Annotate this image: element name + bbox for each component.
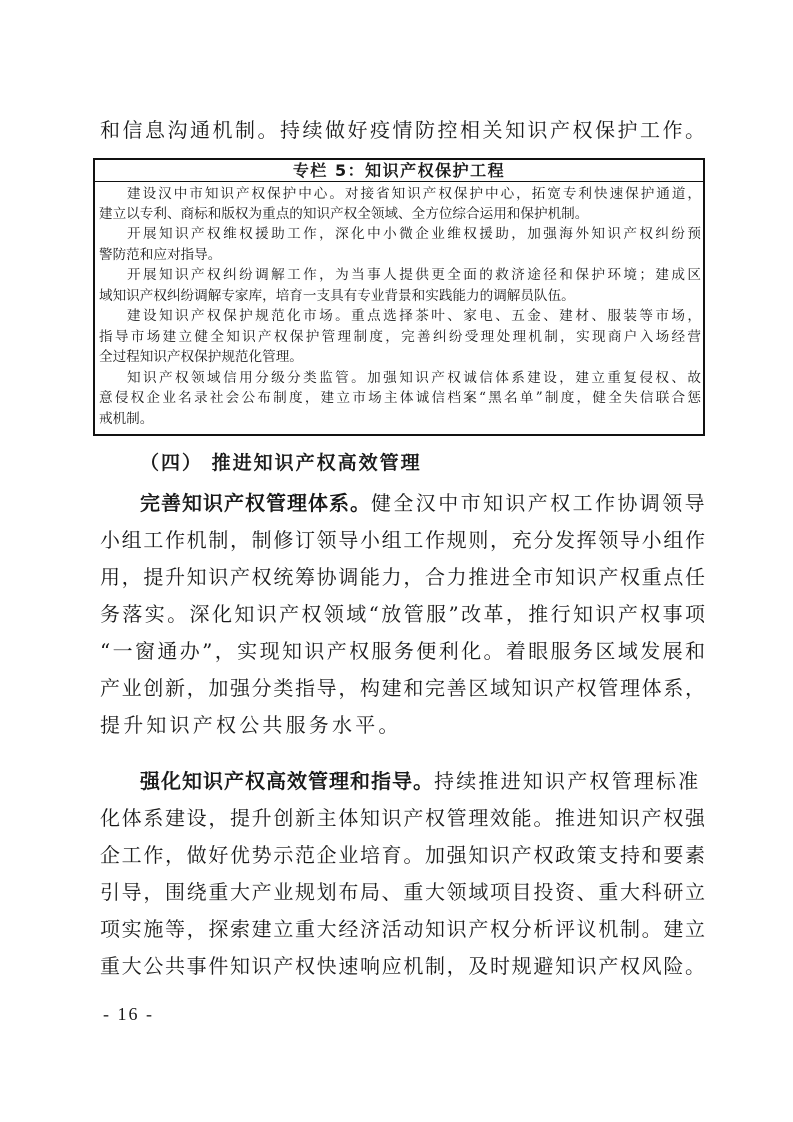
paragraph-line: “一窗通办”，实现知识产权服务便利化。着眼服务区域发展和 [100,638,705,664]
paragraph-line: 化体系建设，提升创新主体知识产权管理效能。推进知识产权强 [100,805,705,831]
box-line: 全过程知识产权保护规范化管理。 [99,347,701,367]
sidebar-box-ip-protection: 专栏 5：知识产权保护工程 建设汉中市知识产权保护中心。对接省知识产权保护中心，… [93,158,705,436]
paragraph-line: 用，提升知识产权统筹协调能力，合力推进全市知识产权重点任 [100,564,705,590]
paragraph-line: 企工作，做好优势示范企业培育。加强知识产权政策支持和要素 [100,842,705,868]
paragraph-line: 引导，围绕重大产业规划布局、重大领域项目投资、重大科研立 [100,879,705,905]
box-line: 建设汉中市知识产权保护中心。对接省知识产权保护中心，拓宽专利快速保护通道， [99,184,701,204]
box-line: 意侵权企业名录社会公布制度，建立市场主体诚信档案“黑名单”制度，健全失信联合惩 [99,388,701,408]
paragraph-line: 小组工作机制，制修订领导小组工作规则，充分发挥领导小组作 [100,527,705,553]
paragraph-line: 提升知识产权公共服务水平。 [100,712,705,738]
box-title: 专栏 5：知识产权保护工程 [95,160,703,182]
paragraph-text: 健全汉中市知识产权工作协调领导 [371,491,707,515]
page-number: - 16 - [103,1003,154,1025]
section-heading: （四） 推进知识产权高效管理 [140,450,422,476]
box-line: 域知识产权纠纷调解专家库，培育一支具有专业背景和实践能力的调解员队伍。 [99,286,701,306]
box-line: 建立以专利、商标和版权为重点的知识产权全领域、全方位综合运用和保护机制。 [99,204,701,224]
paragraph-lead: 强化知识产权高效管理和指导。 [140,769,434,793]
box-line: 开展知识产权纠纷调解工作，为当事人提供更全面的救济途径和保护环境；建成区 [99,265,701,285]
box-line: 戒机制。 [99,409,701,429]
continuation-line: 和信息沟通机制。持续做好疫情防控相关知识产权保护工作。 [100,117,705,143]
box-line: 开展知识产权维权援助工作，深化中小微企业维权援助，加强海外知识产权纠纷预 [99,224,701,244]
paragraph-line: 重大公共事件知识产权快速响应机制，及时规避知识产权风险。 [100,953,705,979]
paragraph-2-first-line: 强化知识产权高效管理和指导。持续推进知识产权管理标准 [140,768,705,794]
paragraph-text: 持续推进知识产权管理标准 [434,769,700,793]
document-page: 和信息沟通机制。持续做好疫情防控相关知识产权保护工作。 专栏 5：知识产权保护工… [0,0,793,1122]
paragraph-line: 务落实。深化知识产权领域“放管服”改革，推行知识产权事项 [100,601,705,627]
box-line: 警防范和应对指导。 [99,245,701,265]
paragraph-line: 项实施等，探索建立重大经济活动知识产权分析评议机制。建立 [100,916,705,942]
paragraph-lead: 完善知识产权管理体系。 [140,491,371,515]
box-line: 知识产权领域信用分级分类监管。加强知识产权诚信体系建设，建立重复侵权、故 [99,368,701,388]
box-line: 建设知识产权保护规范化市场。重点选择茶叶、家电、五金、建材、服装等市场， [99,306,701,326]
paragraph-1-first-line: 完善知识产权管理体系。健全汉中市知识产权工作协调领导 [140,490,705,516]
paragraph-line: 产业创新，加强分类指导，构建和完善区域知识产权管理体系， [100,675,705,701]
box-line: 指导市场建立健全知识产权保护管理制度，完善纠纷受理处理机制，实现商户入场经营 [99,327,701,347]
